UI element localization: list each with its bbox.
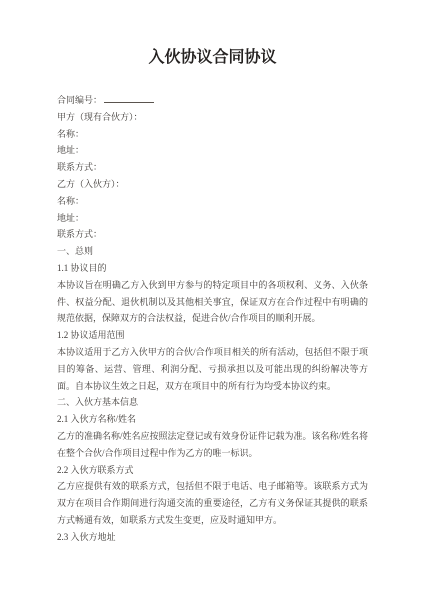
field-party-a: 甲方（现有合伙方）： [57,109,368,126]
contract-number-label: 合同编号： [57,95,102,105]
contract-number-blank-line [104,93,154,103]
section-heading-1: 一、总则 [57,243,368,260]
document-content: 入伙协议合同协议 合同编号： 甲方（现有合伙方）： 名称： 地址： 联系方式： … [0,0,424,546]
field-party-a-name: 名称： [57,126,368,143]
field-party-a-address: 地址： [57,142,368,159]
paragraph-1-1: 本协议旨在明确乙方入伙到甲方参与的特定项目中的各项权利、义务、入伙条件、权益分配… [57,277,368,327]
section-heading-1-1: 1.1 协议目的 [57,260,368,277]
paragraph-2-1: 乙方的准确名称/姓名应按照法定登记或有效身份证件记载为准。该名称/姓名将在整个合… [57,428,368,462]
section-heading-2-1: 2.1 入伙方名称/姓名 [57,411,368,428]
section-heading-2: 二、入伙方基本信息 [57,394,368,411]
section-heading-2-2: 2.2 入伙方联系方式 [57,462,368,479]
field-contract-number: 合同编号： [57,92,368,109]
field-party-a-contact: 联系方式： [57,159,368,176]
paragraph-2-2: 乙方应提供有效的联系方式，包括但不限于电话、电子邮箱等。该联系方式为双方在项目合… [57,478,368,528]
paragraph-1-2: 本协议适用于乙方入伙甲方的合伙/合作项目相关的所有活动，包括但不限于项目的筹备、… [57,344,368,394]
section-heading-2-3: 2.3 入伙方地址 [57,529,368,546]
document-page: 入伙协议合同协议 合同编号： 甲方（现有合伙方）： 名称： 地址： 联系方式： … [0,0,424,600]
field-party-b-contact: 联系方式： [57,226,368,243]
section-heading-1-2: 1.2 协议适用范围 [57,327,368,344]
field-party-b-address: 地址： [57,210,368,227]
field-party-b: 乙方（入伙方）： [57,176,368,193]
field-party-b-name: 名称： [57,193,368,210]
document-title: 入伙协议合同协议 [57,47,368,68]
